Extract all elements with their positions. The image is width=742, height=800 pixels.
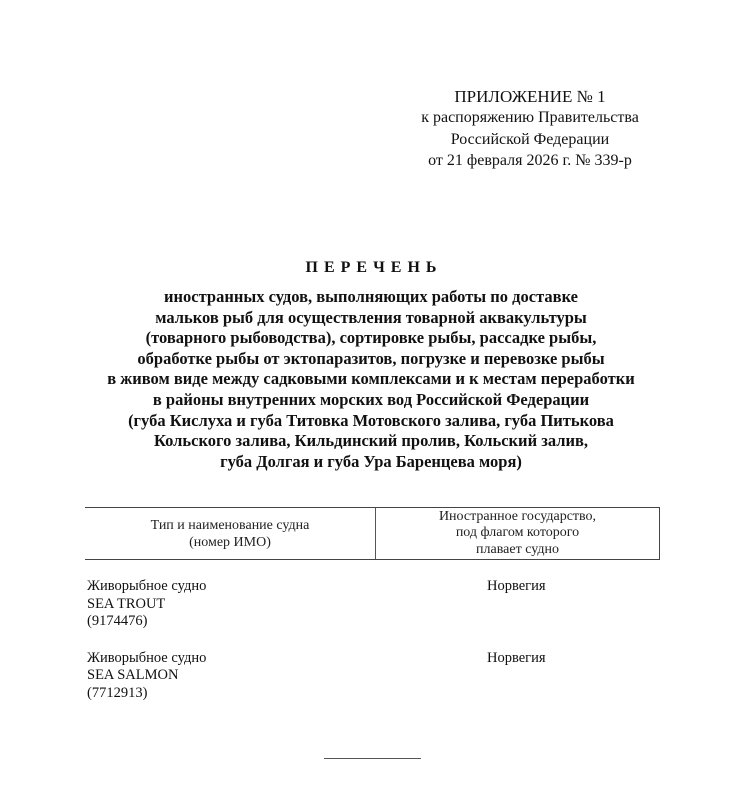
subtitle-line: Кольского залива, Кильдинский пролив, Ко… — [60, 431, 682, 452]
vessel-cell: Живорыбное судно SEA TROUT (9174476) — [87, 578, 487, 631]
header-line: (номер ИМО) — [189, 535, 271, 552]
subtitle-line: (губа Кислуха и губа Титовка Мотовского … — [60, 411, 682, 432]
appendix-line: Российской Федерации — [405, 129, 655, 150]
flag-country: Норвегия — [487, 650, 647, 703]
flag-country: Норвегия — [487, 578, 647, 631]
appendix-line: к распоряжению Правительства — [405, 107, 655, 128]
subtitle-line: губа Долгая и губа Ура Баренцева моря) — [60, 452, 682, 473]
document-subtitle: иностранных судов, выполняющих работы по… — [60, 287, 682, 472]
vessel-type: Живорыбное судно — [87, 650, 487, 668]
appendix-line: от 21 февраля 2026 г. № 339-р — [405, 150, 655, 171]
header-line: Иностранное государство, — [439, 509, 596, 526]
table-header: Тип и наименование судна (номер ИМО) Ино… — [85, 507, 660, 560]
vessel-imo: (9174476) — [87, 613, 487, 631]
table-row: Живорыбное судно SEA TROUT (9174476) Нор… — [87, 578, 647, 631]
appendix-block: ПРИЛОЖЕНИЕ № 1 к распоряжению Правительс… — [405, 86, 655, 171]
header-line: под флагом которого — [456, 525, 579, 542]
subtitle-line: мальков рыб для осуществления товарной а… — [60, 308, 682, 329]
end-divider — [324, 758, 421, 759]
subtitle-line: в живом виде между садковыми комплексами… — [60, 369, 682, 390]
header-line: плавает судно — [476, 542, 559, 559]
vessel-cell: Живорыбное судно SEA SALMON (7712913) — [87, 650, 487, 703]
subtitle-line: обработке рыбы от эктопаразитов, погрузк… — [60, 349, 682, 370]
vessel-name: SEA SALMON — [87, 667, 487, 685]
header-line: Тип и наименование судна — [151, 518, 310, 535]
subtitle-line: в районы внутренних морских вод Российск… — [60, 390, 682, 411]
subtitle-line: иностранных судов, выполняющих работы по… — [60, 287, 682, 308]
subtitle-line: (товарного рыбоводства), сортировке рыбы… — [60, 328, 682, 349]
document-title: ПЕРЕЧЕНЬ — [0, 257, 742, 279]
vessel-type: Живорыбное судно — [87, 578, 487, 596]
appendix-heading: ПРИЛОЖЕНИЕ № 1 — [405, 86, 655, 107]
table-row: Живорыбное судно SEA SALMON (7712913) Но… — [87, 650, 647, 703]
vessel-imo: (7712913) — [87, 685, 487, 703]
vessel-name: SEA TROUT — [87, 596, 487, 614]
column-header-vessel: Тип и наименование судна (номер ИМО) — [85, 508, 376, 559]
table-body: Живорыбное судно SEA TROUT (9174476) Нор… — [87, 578, 647, 721]
column-header-country: Иностранное государство, под флагом кото… — [376, 508, 659, 559]
